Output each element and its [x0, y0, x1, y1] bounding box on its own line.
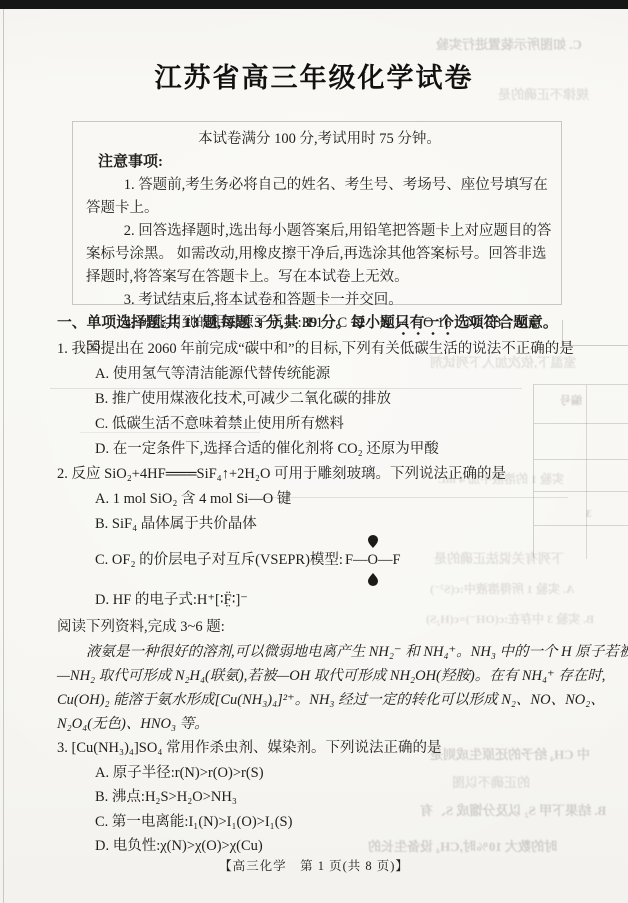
question-1-option-a: A. 使用氢气等清洁能源代替传统能源	[57, 362, 617, 387]
scan-edge-top-bar	[0, 0, 628, 9]
question-1-stem: 1. 我国提出在 2060 年前完成“碳中和”的目标,下列有关低碳生活的说法不正…	[57, 337, 617, 362]
question-3: 3. [Cu(NH₃)₄]SO₄ 常用作杀虫剂、媒染剂。下列说法正确的是 A. …	[57, 736, 617, 859]
section-heading-post: 选项符合题意。	[454, 315, 558, 331]
passage-line: N₂O₄(无色)、HNO₃ 等。	[57, 712, 617, 736]
question-1-option-c: C. 低碳生活不意味着禁止使用所有燃料	[57, 412, 617, 437]
notice-heading: 注意事项:	[98, 151, 553, 174]
question-2-option-d: D. HF 的电子式:H⁺[∶F̤̈∶]⁻	[57, 588, 617, 613]
reading-note: 阅读下列资料,完成 3~6 题:	[57, 615, 617, 640]
passage-line: —NH₂ 取代可形成 N₂H₄(联氨),若被—OH 取代可形成 NH₂OH(羟胺…	[57, 664, 617, 688]
scanned-exam-page: C. 如图所示装置进行实验 规律不正确的是 室温下,依次加入下列试剂 编号 实验…	[0, 0, 628, 903]
question-3-option-b: B. 沸点:H₂S>H₂O>NH₃	[57, 785, 617, 810]
passage-line: Cu(OH)₂ 能溶于氨水形成[Cu(NH₃)₄]²⁺。NH₃ 经过一定的转化可…	[57, 688, 617, 712]
page-footer: 【高三化学 第 1 页(共 8 页)】	[0, 856, 628, 874]
question-1-option-d: D. 在一定条件下,选择合适的催化剂将 CO₂ 还原为甲酸	[57, 437, 617, 462]
vsepr-formula: F—O—F	[345, 552, 401, 568]
vsepr-label: C. OF₂ 的价层电子对互斥(VSEPR)模型:	[95, 552, 343, 568]
question-3-option-a: A. 原子半径:r(N)>r(O)>r(S)	[57, 761, 617, 786]
notice-box: 本试卷满分 100 分,考试用时 75 分钟。 注意事项: 1. 答题前,考生务…	[72, 121, 562, 305]
question-2-option-a: A. 1 mol SiO₂ 含 4 mol Si—O 键	[57, 487, 617, 512]
passage: 液氨是一种很好的溶剂,可以微弱地电离产生 NH₂⁻ 和 NH₄⁺。NH₃ 中的一…	[57, 640, 617, 736]
lone-pair-lobe-icon	[368, 535, 378, 548]
notice-item-2: 2. 回答选择题时,选出每小题答案后,用铅笔把答题卡上对应题目的答案标号涂黑。 …	[86, 220, 553, 289]
bleed-text: C. 如图所示装置进行实验	[436, 34, 582, 53]
question-area: 一、单项选择题:共 13 题,每题 3 分,共 39 分。每小题只有一个选项符合…	[57, 312, 617, 859]
page-title: 江苏省高三年级化学试卷	[0, 56, 628, 95]
section-heading-pre: 一、单项选择题:共 13 题,每题 3 分,共 39 分。每小题	[57, 315, 395, 331]
question-2-option-b: B. SiF₄ 晶体属于共价晶体	[57, 512, 617, 537]
vsepr-model: F—O—F	[343, 548, 403, 573]
question-3-option-c: C. 第一电离能:I₁(N)>I₁(O)>I₁(S)	[57, 810, 617, 835]
question-2-stem: 2. 反应 SiO₂+4HF═══SiF₄↑+2H₂O 可用于雕刻玻璃。下列说法…	[57, 462, 617, 487]
lone-pair-lobe-icon	[368, 573, 378, 586]
scan-edge-left-line	[3, 9, 4, 903]
question-1-option-b: B. 推广使用煤液化技术,可减少二氧化碳的排放	[57, 387, 617, 412]
question-3-stem: 3. [Cu(NH₃)₄]SO₄ 常用作杀虫剂、媒染剂。下列说法正确的是	[57, 736, 617, 761]
section-heading-emphasis: 只有一个	[395, 315, 454, 336]
passage-line: 液氨是一种很好的溶剂,可以微弱地电离产生 NH₂⁻ 和 NH₄⁺。NH₃ 中的一…	[57, 640, 617, 664]
notice-item-1: 1. 答题前,考生务必将自己的姓名、考生号、考场号、座位号填写在答题卡上。	[86, 174, 553, 220]
question-2-option-c: C. OF₂ 的价层电子对互斥(VSEPR)模型: F—O—F	[57, 548, 617, 573]
section-heading: 一、单项选择题:共 13 题,每题 3 分,共 39 分。每小题只有一个选项符合…	[57, 312, 617, 335]
exam-info: 本试卷满分 100 分,考试用时 75 分钟。	[86, 128, 553, 151]
notice-item-3: 3. 考试结束后,将本试卷和答题卡一并交回。	[86, 289, 553, 312]
